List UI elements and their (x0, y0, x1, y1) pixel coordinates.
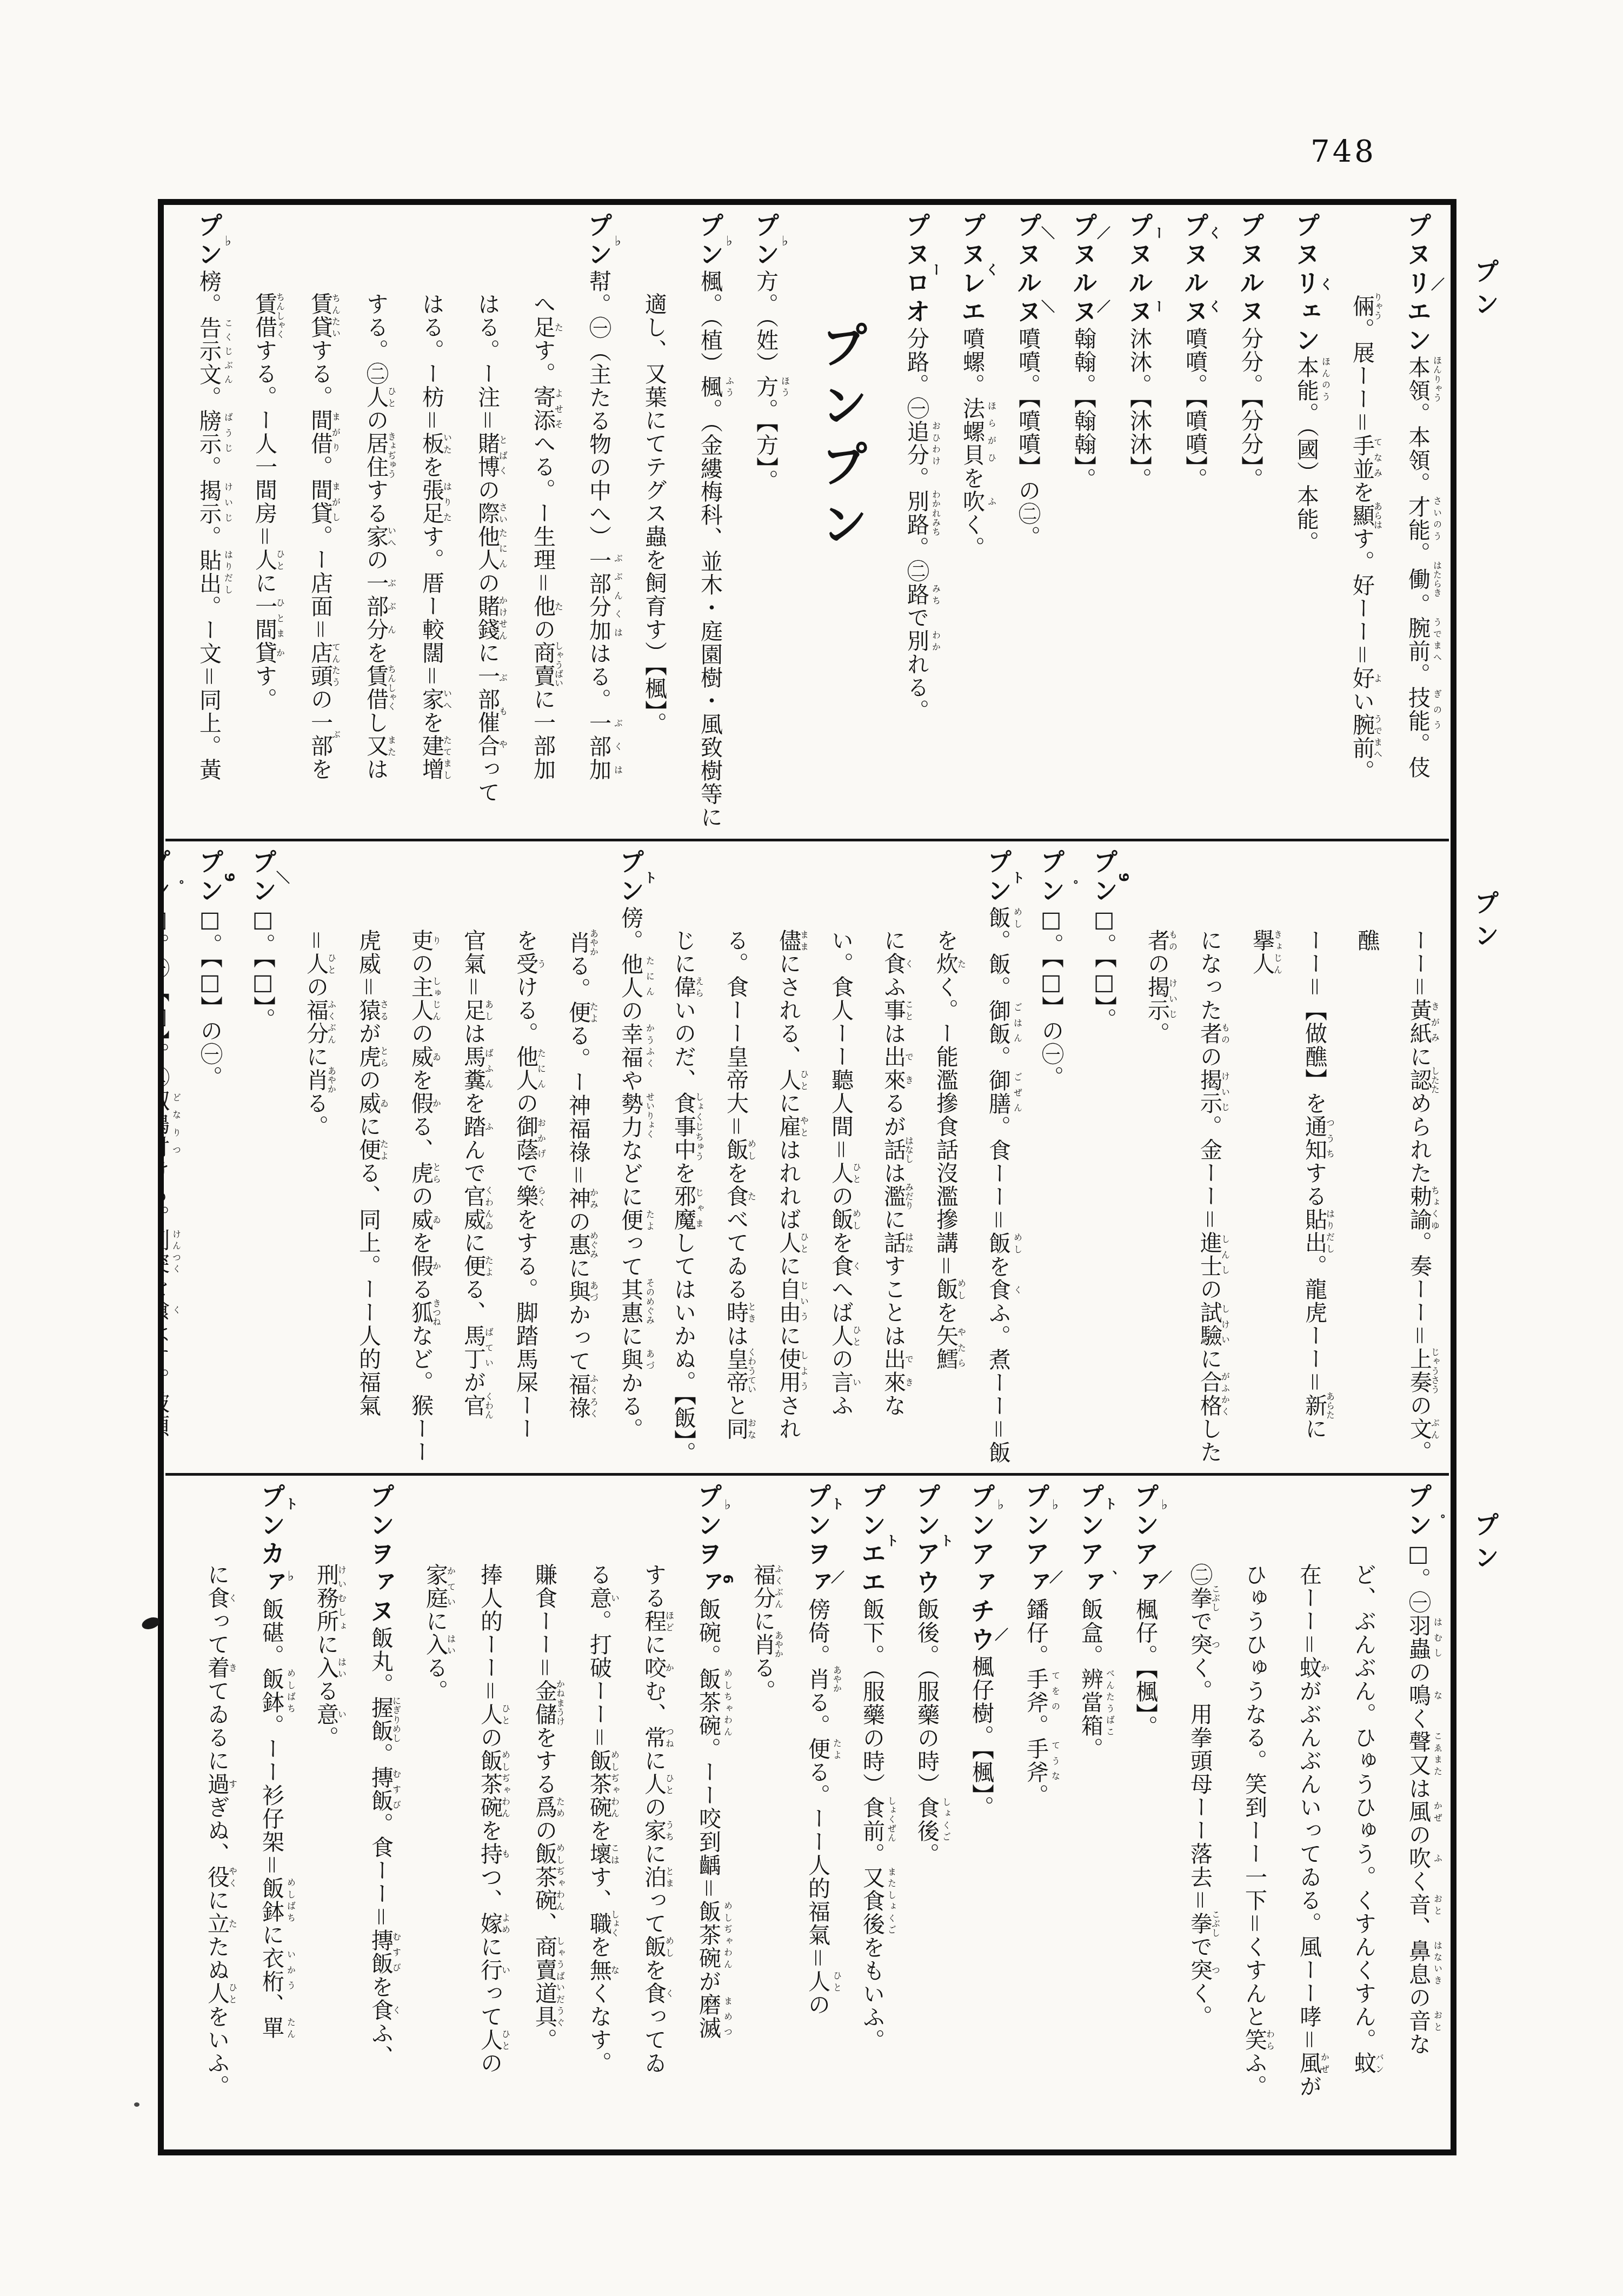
entry-definition: する。㊁人ひとの居住きょぢゅうする家いへの一部分ぶぶんを賃借ちんしゃくし又または (363, 293, 389, 781)
entry-column: プント飯めし。飯。御飯ごはん。御膳ごぜん。食ーー＝飯めしを食くふ。煮ーー＝飯 (972, 849, 1025, 1469)
continuation-column: はる。ー枋＝板いたを張足はりたす。厝ー較闊＝家いへを建增たてまし (403, 213, 459, 834)
entry-definition: じに偉えらいのだ、食事中しょくじちゅうを邪魔じゃましてはいかぬ。【飯】。 (670, 929, 696, 1465)
entry-definition: 在ーー＝蚊かがぶんぶんいってゐる。風ーー哮＝風かぜが (1296, 1563, 1322, 2098)
entry-definition: 賺食ーー＝金儲かねまうけをする爲ための飯茶碗めしぢゃわん、商賣道具しゃうばいだう… (531, 1563, 557, 2052)
entry-definition: 榜。告示文こくじぶん。牓示ばうじ。揭示けいじ。貼出はりだし。ー文＝同上。黃 (196, 270, 222, 781)
entry-definition: 飯めし。飯。御飯ごはん。御膳ごぜん。食ーー＝飯めしを食くふ。煮ーー＝飯 (985, 906, 1011, 1464)
entry-definition: る。食ーー皇帝大＝飯めしを食たべてゐる時ときは皇帝くわうていと同おな (723, 929, 749, 1441)
entry-definition: 本能ほんのう。（國）本能。 (1293, 356, 1319, 554)
continuation-column: 賃貸ちんたいする。間借まがり。間貸まがし。ー店面＝店頭てんたうの一部ぶを (292, 213, 348, 834)
continuation-column: ㊁拳こぶしで突つく。用拳頭母ーー落去＝拳こぶしで突つく。 (1172, 1483, 1227, 2145)
continuation-column: 賺食ーー＝金儲かねまうけをする爲ための飯茶碗めしぢゃわん、商賣道具しゃうばいだう… (517, 1483, 571, 2145)
continuation-column: を受うける。他人たにんの御蔭おかげで樂らくをする。脚踏馬屎ーー (499, 849, 551, 1469)
continuation-column: 刑務所けいむしょに入はいる意い。 (298, 1483, 353, 2145)
entry-column: プン♭方。（姓）方ほう。【方】。 (737, 213, 793, 834)
page-frame: プヌリエン／本領ほんりゃう。本領。才能さいのう。働はたらき。腕前うでまへ。技能ぎ… (158, 199, 1456, 2155)
entry-definition: 飯碪。飯鉢めしばち。ーー衫仔架＝飯鉢めしばちに衣桁いかう、單たん (258, 1598, 284, 2040)
entry-pronunciation: プヌルヌくく (1180, 213, 1209, 327)
entry-pronunciation: プンエエト (857, 1483, 887, 1598)
continuation-column: 賃借ちんしゃくする。ー人一間房＝人ひとに一間ひとま貸かす。 (236, 213, 292, 834)
entry-pronunciation: プヌルヌ (1236, 213, 1265, 327)
continuation-column: する程ほどに咬かむ、常つねに人ひとの家うちに泊とまって飯めしを食くってゐ (626, 1483, 681, 2145)
entry-pronunciation: プン9 (1089, 849, 1119, 906)
entry-pronunciation: プンヲァ♭6 (694, 1483, 723, 1598)
entry-definition: 本領ほんりゃう。本領。才能さいのう。働はたらき。腕前うでまへ。技能ぎのう。伎 (1405, 356, 1431, 779)
continuation-column: はる。ー注＝賭博とばくの際さい他人たにんの賭錢かけせんに一部催合ぶもやって (459, 213, 515, 834)
entry-column: プン゜□。【□】の㊀。 (1025, 849, 1077, 1469)
continuation-column: 倆りゃう。展ーー＝手並てなみを顯あらはす。好ーー＝好よい腕前うでまへ。 (1334, 213, 1389, 834)
entry-definition: はる。ー注＝賭博とばくの際さい他人たにんの賭錢かけせんに一部催合ぶもやって (474, 293, 500, 804)
entry-column: プンヲァヌ飯丸。握飯にぎりめし。摶飯むすび。食ーー＝摶飯むすびを食くふ、 (353, 1483, 408, 2145)
entry-definition: 飯下。（服藥の時）食前しょくぜん。又食後またしょくごをもいふ。 (859, 1598, 885, 2052)
entry-column: プン9□。【□】の㊀。 (183, 849, 236, 1469)
entry-definition: 飯後。（服藥の時）食後しょくご。 (914, 1598, 940, 1866)
entry-column: プヌルヌ／／翰翰。【翰翰】。 (1055, 213, 1111, 834)
entry-pronunciation: プヌルヌ／／ (1069, 213, 1098, 327)
entry-definition: 儘ままにされる、人ひとに雇やとはれれば人ひとに自由じいうに使用しようされ (775, 929, 801, 1441)
entry-column: プン゜□。㊀【□】。㊁呶鳴付どなりつける。劍突けんつくを喰くはす。被頂 (164, 849, 183, 1469)
entry-definition: □。【□】の㊀。 (1038, 906, 1064, 1089)
entry-pronunciation: プヌリエン／ (1403, 213, 1432, 356)
entry-pronunciation: プンアァ♭／ (1130, 1483, 1160, 1598)
continuation-column: を炊たく。ー能濫摻食話沒濫摻講＝飯めしを矢鱈やたら (919, 849, 972, 1469)
entry-pronunciation: プンカァト♭ (257, 1483, 286, 1598)
entry-definition: 吏りの主人しゅじんの威ゐを假かる、虎とらの威ゐを假かる狐きつねなど。猴ーー (408, 929, 434, 1464)
entry-column: プン♭楓。（植）楓ふう。（金縷梅科、並木・庭園樹・風致樹等に (682, 213, 737, 834)
entry-definition: 噴噴。【噴噴】の㊁。 (1015, 327, 1041, 549)
entry-definition: ーー＝【做醮】を通知つうちする貼出はりだし。龍虎ーー＝新あらたに擧人きょじん (1249, 929, 1327, 1441)
entry-definition: 楓仔樹。【楓】。 (968, 1655, 994, 1819)
entry-definition: □。【□】の㊀。 (197, 906, 223, 1089)
entry-definition: へ足たす。寄添よせそへる。ー生理＝他たの商賣しゃうばいに一部加 (530, 293, 556, 781)
continuation-column: じに偉えらいのだ、食事中しょくじちゅうを邪魔じゃましてはいかぬ。【飯】。 (657, 849, 709, 1469)
entry-definition: ど、ぶんぶん。ひゅうひゅう。くすんくすん。蚊バン (1351, 1563, 1376, 2075)
entry-definition: る意い。打破ーー＝飯茶碗めしぢゃわんを壞こはす、職しょくを無なくなす。 (586, 1563, 612, 2075)
continuation-column: る。食ーー皇帝大＝飯めしを食たべてゐる時ときは皇帝くわうていと同おな (709, 849, 762, 1469)
entry-definition: を受うける。他人たにんの御蔭おかげで樂らくをする。脚踏馬屎ーー (513, 929, 538, 1441)
entry-definition: 沐沐。【沐沐】。 (1126, 327, 1152, 491)
margin-guide-word-middle: プン (1467, 890, 1503, 955)
entry-definition: 鐇仔。手斧てをの。手斧てうな。 (1023, 1598, 1049, 1807)
margin-guide-word-top: プン (1467, 258, 1503, 323)
entry-pronunciation: プン9 (195, 849, 224, 906)
entry-definition: □。【□】。 (1091, 906, 1117, 1031)
continuation-column: 家庭かていに入はいる。 (408, 1483, 462, 2145)
entry-definition: 翰翰。【翰翰】。 (1070, 327, 1096, 491)
continuation-column: 捧人的ーー＝人ひとの飯茶碗めしぢゃわんを持もつ、嫁よめに行いって人ひとの (462, 1483, 517, 2145)
entry-column: プンアァ♭／楓仔。【楓】。 (1118, 1483, 1172, 2145)
entry-column: プヌルヌーー沐沐。【沐沐】。 (1111, 213, 1167, 834)
entry-definition: 楓。（植）楓ふう。（金縷梅科、並木・庭園樹・風致樹等に (697, 270, 723, 829)
entry-definition: 幇。㊀（主たる物の中へ）一部分加ぶぶんくははる。一部加ぶくは (586, 270, 611, 781)
continuation-column: になった者ものの揭示けいじ。金ーー＝進士しんしの試驗しけいに合格がふかくした (1183, 849, 1235, 1469)
entry-column: プン♭榜。告示文こくじぶん。牓示ばうじ。揭示けいじ。貼出はりだし。ー文＝同上。黃 (181, 213, 236, 834)
entry-definition: に食くふ事ことは出來できるが話はなしは濫みだりに話はなすことは出來できな (880, 929, 906, 1417)
continuation-column: 吏りの主人しゅじんの威ゐを假かる、虎とらの威ゐを假かる狐きつねなど。猴ーー (394, 849, 447, 1469)
entry-column: プン9□。【□】。 (1077, 849, 1130, 1469)
page-number: 748 (1311, 134, 1376, 169)
entry-pronunciation: プン♭ (695, 213, 724, 270)
ink-speck (134, 2102, 139, 2107)
entry-definition: ーー＝黃紙きがみに認したためられた勅諭ちょくゆ。奏ーー＝上奏じゃうさうの文ぶん。… (1354, 929, 1432, 1464)
entry-definition: ＝人ひとの福分ふくぶんに肖あやかる。 (303, 929, 329, 1138)
entry-definition: ひゅうひゅうなる。笑到ーー一下＝くすんと笑わらふ。 (1241, 1563, 1267, 2098)
entry-definition: 噴噴。【噴噴】。 (1182, 327, 1208, 491)
entry-definition: 賃借ちんしゃくする。ー人一間房＝人ひとに一間ひとま貸かす。 (251, 293, 277, 711)
entry-definition: □。【□】。 (250, 906, 276, 1031)
continuation-column: 在ーー＝蚊かがぶんぶんいってゐる。風ーー哮＝風かぜが (1281, 1483, 1336, 2145)
entry-definition: 肖あやかる。便たよる。ー神福祿＝神かみの惠めぐみに與あづかって福祿ふくろく (565, 929, 591, 1419)
entry-definition: 適し、又葉にてテグス蟲を飼育す）【楓】。 (641, 293, 667, 735)
entry-pronunciation: プンアァチウ♭／ (967, 1483, 996, 1655)
entry-definition: 福分ふくぶんに肖あやかる。 (750, 1563, 776, 1703)
entry-pronunciation: プンアァ♭／ (1021, 1483, 1050, 1598)
entry-pronunciation: プン＼ (248, 849, 277, 906)
continuation-column: 福分ふくぶんに肖あやかる。 (735, 1483, 790, 2145)
entry-column: プンヲァト／傍倚。肖あやかる。便たよる。ーー人的福氣＝人ひとの (790, 1483, 844, 2145)
entry-column: プンアァト、飯盒。辨當箱べんたうばこ。 (1063, 1483, 1118, 2145)
entry-column: プンカァト♭飯碪。飯鉢めしばち。ーー衫仔架＝飯鉢めしばちに衣桁いかう、單たん (244, 1483, 298, 2145)
entry-column: プン＼□。【□】。 (236, 849, 289, 1469)
entry-definition: はる。ー枋＝板いたを張足はりたす。厝ー較闊＝家いへを建增たてまし (418, 293, 444, 781)
entry-column: プント傍。他人たにんの幸福かうふくや勢力せいりょくなどに便たよって其惠そのめぐみ… (604, 849, 657, 1469)
entry-pronunciation: プヌルヌーー (1125, 213, 1154, 327)
entry-column: プン♭幇。㊀（主たる物の中へ）一部分加ぶぶんくははる。一部加ぶくは (570, 213, 626, 834)
entry-pronunciation: プンヲァヌ (366, 1483, 395, 1627)
continuation-column: に食くって着きてゐるに過すぎぬ、役やくに立たたぬ人ひとをいふ。 (189, 1483, 244, 2145)
entry-definition: 賃貸ちんたいする。間借まがり。間貸まがし。ー店面＝店頭てんたうの一部ぶを (307, 293, 333, 781)
entry-pronunciation: プン♭ (751, 213, 780, 270)
dictionary-band-bottom: プン゜□。㊀羽蟲はむしの鳴なく聲又こゑまたは風かぜの吹ふく音おと、鼻息はないきの… (164, 1476, 1451, 2149)
entry-pronunciation: プヌリェンく (1292, 213, 1321, 356)
entry-column: プンエエト飯下。（服藥の時）食前しょくぜん。又食後またしょくごをもいふ。 (844, 1483, 899, 2145)
entry-column: プン゜□。㊀羽蟲はむしの鳴なく聲又こゑまたは風かぜの吹ふく音おと、鼻息はないきの… (1391, 1483, 1445, 2145)
entry-definition: 官氣＝足あしは馬糞ばふんを踏ふんで官威くわんゐに便たよる、馬丁ばていが官くわん (460, 929, 486, 1419)
entry-definition: い。食人ーー聽人間＝人ひとの飯めしを食くへば人ひとの言いふ (828, 929, 854, 1417)
entry-column: プンアァチウ♭／楓仔樹。【楓】。 (954, 1483, 1008, 2145)
entry-pronunciation: プン゜ (1404, 1483, 1433, 1541)
continuation-column: 適し、又葉にてテグス蟲を飼育す）【楓】。 (626, 213, 682, 834)
continuation-column: 虎威＝猿さるが虎とらの威ゐに便たよる、同上。ーー人的福氣 (342, 849, 394, 1469)
continuation-column: する。㊁人ひとの居住きょぢゅうする家いへの一部分ぶぶんを賃借ちんしゃくし又または (348, 213, 403, 834)
entry-column: プヌリェンく本能ほんのう。（國）本能。 (1278, 213, 1334, 834)
entry-pronunciation: プン♭ (584, 213, 613, 270)
entry-column: プンアウト飯後。（服藥の時）食後しょくご。 (899, 1483, 954, 2145)
entry-definition: 傍。他人たにんの幸福かうふくや勢力せいりょくなどに便たよって其惠そのめぐみに與あ… (617, 906, 643, 1441)
entry-pronunciation: プヌレエく (957, 213, 987, 327)
entry-pronunciation: プンヲァト／ (803, 1483, 832, 1598)
continuation-column: る意い。打破ーー＝飯茶碗めしぢゃわんを壞こはす、職しょくを無なくなす。 (571, 1483, 626, 2145)
section-heading: プンプン (793, 213, 888, 834)
entry-pronunciation: プント (983, 849, 1013, 906)
entry-column: プヌロオー分路。㊀追分おひわけ。別路わかれみち。㊁路みちで別わかれる。 (888, 213, 944, 834)
entry-definition: に食くって着きてゐるに過すぎぬ、役やくに立たたぬ人ひとをいふ。 (204, 1563, 230, 2098)
entry-column: プヌルヌ分分。【分分】。 (1222, 213, 1278, 834)
entry-definition: を炊たく。ー能濫摻食話沒濫摻講＝飯めしを矢鱈やたら (933, 929, 959, 1371)
entry-pronunciation: プヌルヌ＼＼ (1013, 213, 1042, 327)
entry-definition: □。㊀【□】。㊁呶鳴付どなりつける。劍突けんつくを喰くはす。被頂 (164, 906, 170, 1438)
entry-definition: 分路。㊀追分おひわけ。別路わかれみち。㊁路みちで別わかれる。 (903, 327, 929, 722)
entry-pronunciation: プン゜ (164, 849, 171, 906)
entry-definition: ㊁拳こぶしで突つく。用拳頭母ーー落去＝拳こぶしで突つく。 (1187, 1563, 1213, 2028)
continuation-column: 官氣＝足あしは馬糞ばふんを踏ふんで官威くわんゐに便たよる、馬丁ばていが官くわん (447, 849, 499, 1469)
continuation-column: に食くふ事ことは出來できるが話はなしは濫みだりに話はなすことは出來できな (867, 849, 919, 1469)
entry-column: プヌレエく噴螺。法螺貝ほらがひを吹ふく。 (944, 213, 1000, 834)
entry-column: プヌルヌくく噴噴。【噴噴】。 (1167, 213, 1222, 834)
entry-pronunciation: プン゜ (1036, 849, 1066, 906)
entry-definition: 噴螺。法螺貝ほらがひを吹ふく。 (959, 327, 985, 560)
entry-pronunciation: プンアウト (912, 1483, 941, 1598)
continuation-column: ど、ぶんぶん。ひゅうひゅう。くすんくすん。蚊バン (1336, 1483, 1391, 2145)
entry-pronunciation: プンアァト、 (1076, 1483, 1105, 1598)
entry-definition: 者ものの揭示けいじ。 (1144, 929, 1170, 1045)
entry-definition: □。㊀羽蟲はむしの鳴なく聲又こゑまたは風かぜの吹ふく音おと、鼻息はないきの音おと… (1405, 1541, 1431, 2056)
entry-column: プヌルヌ＼＼噴噴。【噴噴】の㊁。 (1000, 213, 1055, 834)
entry-definition: 分分。【分分】。 (1238, 327, 1263, 491)
entry-definition: になった者ものの揭示けいじ。金ーー＝進士しんしの試驗しけいに合格がふかくした (1196, 929, 1222, 1464)
continuation-column: 者ものの揭示けいじ。 (1130, 849, 1183, 1469)
entry-column: プヌリエン／本領ほんりゃう。本領。才能さいのう。働はたらき。腕前うでまへ。技能ぎ… (1389, 213, 1445, 834)
entry-pronunciation: プント (616, 849, 645, 906)
entry-pronunciation: プヌロオー (902, 213, 931, 327)
continuation-column: ひゅうひゅうなる。笑到ーー一下＝くすんと笑わらふ。 (1227, 1483, 1281, 2145)
entry-definition: 捧人的ーー＝人ひとの飯茶碗めしぢゃわんを持もつ、嫁よめに行いって人ひとの (477, 1563, 503, 2075)
entry-definition: 倆りゃう。展ーー＝手並てなみを顯あらはす。好ーー＝好よい腕前うでまへ。 (1349, 293, 1375, 783)
entry-definition: 楓仔。【楓】。 (1132, 1598, 1158, 1738)
entry-definition: 虎威＝猿さるが虎とらの威ゐに便たよる、同上。ーー人的福氣 (355, 929, 381, 1417)
entry-definition: 傍倚。肖あやかる。便たよる。ーー人的福氣＝人ひとの (804, 1598, 830, 2016)
entry-definition: 刑務所けいむしょに入はいる意い。 (313, 1563, 339, 1749)
continuation-column: い。食人ーー聽人間＝人ひとの飯めしを食くへば人ひとの言いふ (814, 849, 867, 1469)
continuation-column: ーー＝【做醮】を通知つうちする貼出はりだし。龍虎ーー＝新あらたに擧人きょじん (1235, 849, 1340, 1469)
continuation-column: へ足たす。寄添よせそへる。ー生理＝他たの商賣しゃうばいに一部加 (515, 213, 570, 834)
entry-definition: 方。（姓）方ほう。【方】。 (753, 270, 779, 493)
entry-definition: 家庭かていに入はいる。 (422, 1563, 448, 1703)
entry-definition: 飯盒。辨當箱べんたうばこ。 (1077, 1598, 1103, 1761)
continuation-column: 儘ままにされる、人ひとに雇やとはれれば人ひとに自由じいうに使用しようされ (762, 849, 814, 1469)
entry-definition: する程ほどに咬かむ、常つねに人ひとの家うちに泊とまって飯めしを食くってゐ (641, 1563, 667, 2075)
entry-column: プンアァ♭／鐇仔。手斧てをの。手斧てうな。 (1008, 1483, 1063, 2145)
margin-guide-word-bottom: プン (1467, 1512, 1503, 1577)
entry-definition: 飯碗。飯茶碗めしちゃわん。ーー咬到齲＝飯茶碗めしぢゃわんが磨滅まめつ (695, 1598, 721, 2040)
continuation-column: ーー＝黃紙きがみに認したためられた勅諭ちょくゆ。奏ーー＝上奏じゃうさうの文ぶん。… (1340, 849, 1445, 1469)
dictionary-band-top: プヌリエン／本領ほんりゃう。本領。才能さいのう。働はたらき。腕前うでまへ。技能ぎ… (164, 205, 1451, 839)
continuation-column: 肖あやかる。便たよる。ー神福祿＝神かみの惠めぐみに與あづかって福祿ふくろく (551, 849, 604, 1469)
dictionary-band-middle: ーー＝黃紙きがみに認したためられた勅諭ちょくゆ。奏ーー＝上奏じゃうさうの文ぶん。… (164, 841, 1451, 1473)
continuation-column: ＝人ひとの福分ふくぶんに肖あやかる。 (289, 849, 342, 1469)
entry-column: プンヲァ♭6飯碗。飯茶碗めしちゃわん。ーー咬到齲＝飯茶碗めしぢゃわんが磨滅まめつ (681, 1483, 735, 2145)
entry-pronunciation: プン♭ (194, 213, 223, 270)
entry-definition: 飯丸。握飯にぎりめし。摶飯むすび。食ーー＝摶飯むすびを食くふ、 (368, 1627, 394, 2068)
